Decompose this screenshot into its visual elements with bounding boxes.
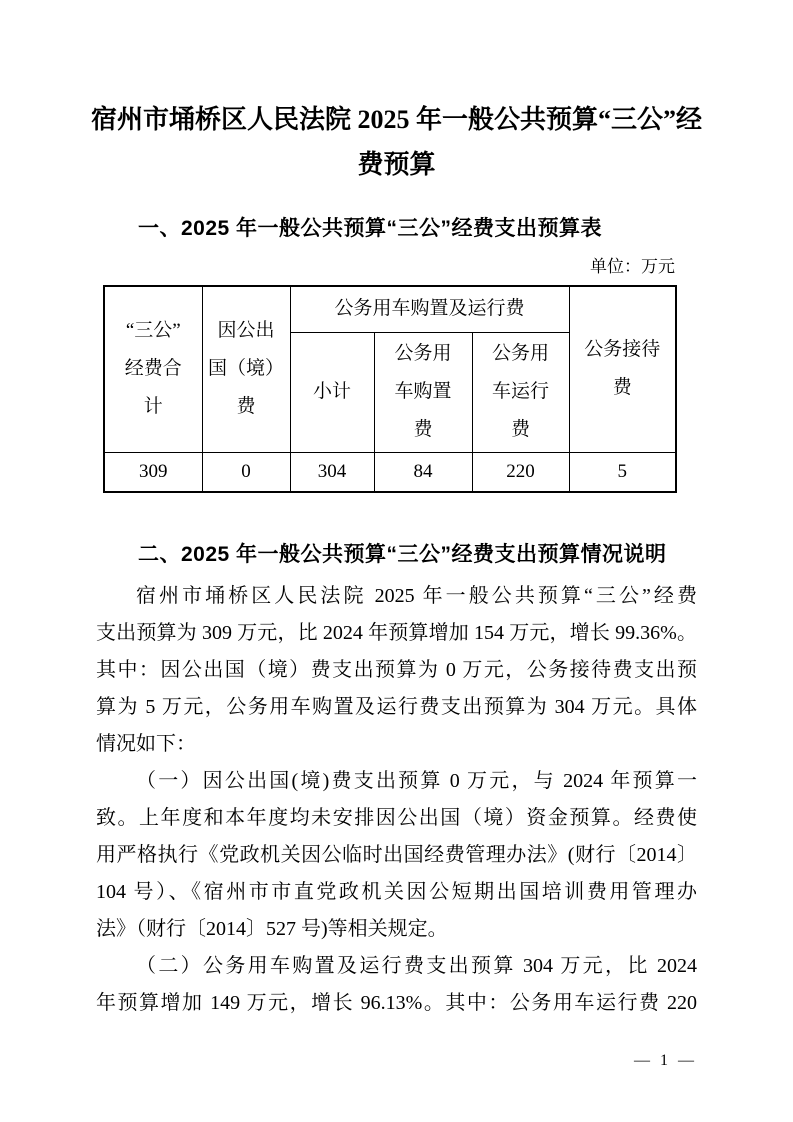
value-vehicle-subtotal: 304 [290, 452, 374, 492]
paragraph-line-1: 宿州市埇桥区人民法院 2025 年一般公共预算“三公”经费 [96, 578, 697, 615]
paragraph-line-9: 104 号）、《宿州市市直党政机关因公短期出国培训费用管理办 [96, 874, 697, 911]
value-reception-fee: 5 [569, 452, 676, 492]
value-vehicle-purchase: 84 [374, 452, 472, 492]
paragraph-line-3: 其中：因公出国（境）费支出预算为 0 万元，公务接待费支出预 [96, 652, 697, 689]
header-vehicle-group: 公务用车购置及运行费 [290, 286, 569, 332]
budget-table: “三公” 经费合 计 因公出 国（境） 费 公务用车购置及运行费 公务接待 费 … [103, 285, 677, 493]
value-sangong-total: 309 [104, 452, 202, 492]
paragraph-line-12: 年预算增加 149 万元，增长 96.13%。其中：公务用车运行费 220 [96, 985, 697, 1022]
document-title: 宿州市埇桥区人民法院 2025 年一般公共预算“三公”经 费预算 [70, 97, 723, 187]
value-vehicle-operation: 220 [472, 452, 569, 492]
paragraph-line-10: 法》（财行〔2014〕527 号)等相关规定。 [96, 911, 697, 948]
paragraph-line-11: （二）公务用车购置及运行费支出预算 304 万元，比 2024 [96, 948, 697, 985]
subheader-subtotal: 小计 [290, 332, 374, 452]
value-abroad-fee: 0 [202, 452, 290, 492]
header-reception-fee: 公务接待 费 [569, 286, 676, 452]
header-sangong-total: “三公” 经费合 计 [104, 286, 202, 452]
paragraph-line-7: 致。上年度和本年度均未安排因公出国（境）资金预算。经费使 [96, 800, 697, 837]
subheader-vehicle-operation: 公务用 车运行 费 [472, 332, 569, 452]
paragraph-line-6: （一）因公出国(境)费支出预算 0 万元，与 2024 年预算一 [96, 763, 697, 800]
document-page: 宿州市埇桥区人民法院 2025 年一般公共预算“三公”经 费预算 一、2025 … [0, 0, 793, 1122]
paragraph-line-8: 用严格执行《党政机关因公临时出国经费管理办法》(财行〔2014〕 [96, 837, 697, 874]
paragraph-line-4: 算为 5 万元，公务用车购置及运行费支出预算为 304 万元。具体 [96, 689, 697, 726]
subheader-vehicle-purchase: 公务用 车购置 费 [374, 332, 472, 452]
section2-heading: 二、2025 年一般公共预算“三公”经费支出预算情况说明 [96, 541, 697, 569]
body-text: 宿州市埇桥区人民法院 2025 年一般公共预算“三公”经费 支出预算为 309 … [96, 578, 697, 1022]
unit-label: 单位：万元 [590, 256, 675, 278]
document-title-line-1: 宿州市埇桥区人民法院 2025 年一般公共预算“三公”经 [70, 97, 723, 142]
paragraph-line-2: 支出预算为 309 万元，比 2024 年预算增加 154 万元，增长 99.3… [96, 615, 697, 652]
document-title-line-2: 费预算 [70, 142, 723, 187]
paragraph-line-5: 情况如下： [96, 726, 697, 763]
section1-heading: 一、2025 年一般公共预算“三公”经费支出预算表 [96, 215, 697, 243]
page-number: — 1 — [634, 1050, 697, 1072]
header-abroad-fee: 因公出 国（境） 费 [202, 286, 290, 452]
